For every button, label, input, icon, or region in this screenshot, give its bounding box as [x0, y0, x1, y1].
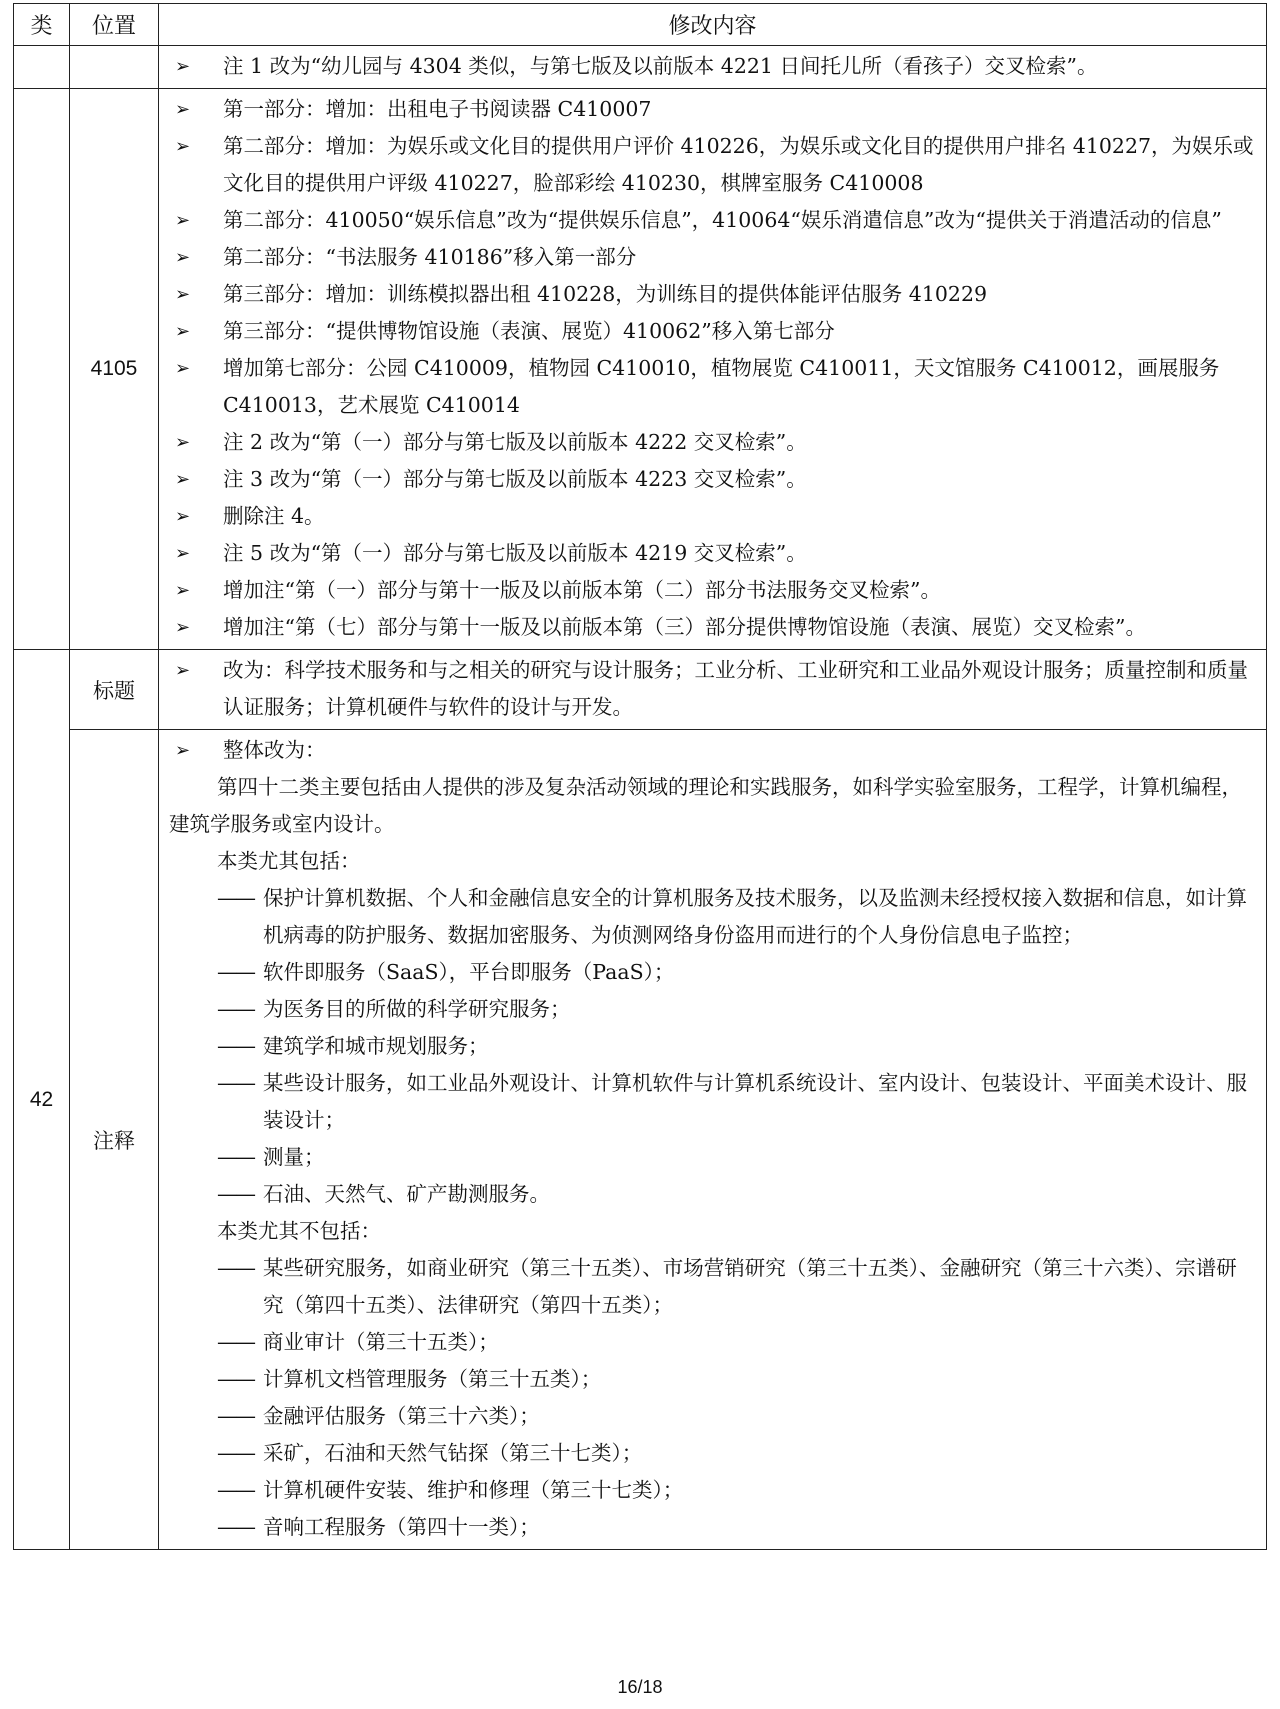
list-item: ➢删除注 4。 [169, 498, 1254, 535]
revision-table: 类 位置 修改内容 ➢注 1 改为“幼儿园与 4304 类似，与第七版及以前版本… [13, 3, 1267, 1550]
dash-item-text: 测量； [263, 1139, 1254, 1176]
header-class: 类 [14, 4, 70, 46]
bullet-text: 增加注“第（七）部分与第十一版及以前版本第（三）部分提供博物馆设施（表演、展览）… [223, 609, 1254, 646]
bullet-arrow-icon: ➢ [169, 609, 223, 646]
dash-marker-icon: —— [217, 1250, 263, 1324]
bullet-text: 注 5 改为“第（一）部分与第七版及以前版本 4219 交叉检索”。 [223, 535, 1254, 572]
list-item: ➢第一部分：增加：出租电子书阅读器 C410007 [169, 91, 1254, 128]
position-cell-notes: 注释 [70, 730, 159, 1550]
bullet-arrow-icon: ➢ [169, 128, 223, 202]
list-item: ——测量； [217, 1139, 1254, 1176]
dash-marker-icon: —— [217, 1139, 263, 1176]
dash-item-text: 石油、天然气、矿产勘测服务。 [263, 1176, 1254, 1213]
table-row-4105: 4105 ➢第一部分：增加：出租电子书阅读器 C410007➢第二部分：增加：为… [14, 89, 1267, 650]
list-item: ——商业审计（第三十五类）； [217, 1324, 1254, 1361]
bullet-text: 第一部分：增加：出租电子书阅读器 C410007 [223, 91, 1254, 128]
page-number: 16/18 [0, 1677, 1280, 1698]
bullet-text: 第二部分：增加：为娱乐或文化目的提供用户评价 410226，为娱乐或文化目的提供… [223, 128, 1254, 202]
table-row-continuation: ➢注 1 改为“幼儿园与 4304 类似，与第七版及以前版本 4221 日间托儿… [14, 46, 1267, 89]
dash-item-text: 软件即服务（SaaS），平台即服务（PaaS）； [263, 954, 1254, 991]
header-position: 位置 [70, 4, 159, 46]
list-item: ➢增加注“第（七）部分与第十一版及以前版本第（三）部分提供博物馆设施（表演、展览… [169, 609, 1254, 646]
list-item: ➢增加第七部分：公园 C410009，植物园 C410010，植物展览 C410… [169, 350, 1254, 424]
dash-item-text: 计算机文档管理服务（第三十五类）； [263, 1361, 1254, 1398]
list-item: ➢第三部分：“提供博物馆设施（表演、展览）410062”移入第七部分 [169, 313, 1254, 350]
bullet-arrow-icon: ➢ [169, 276, 223, 313]
table-row-42-title: 42 标题 ➢改为：科学技术服务和与之相关的研究与设计服务；工业分析、工业研究和… [14, 650, 1267, 730]
list-item: ➢改为：科学技术服务和与之相关的研究与设计服务；工业分析、工业研究和工业品外观设… [169, 652, 1254, 726]
list-item: ——为医务目的所做的科学研究服务； [217, 991, 1254, 1028]
intro-paragraph: 第四十二类主要包括由人提供的涉及复杂活动领域的理论和实践服务，如科学实验室服务，… [169, 769, 1254, 843]
list-item: ➢注 1 改为“幼儿园与 4304 类似，与第七版及以前版本 4221 日间托儿… [169, 48, 1254, 85]
dash-marker-icon: —— [217, 1324, 263, 1361]
bullet-arrow-icon: ➢ [169, 652, 223, 726]
list-item: ——计算机文档管理服务（第三十五类）； [217, 1361, 1254, 1398]
table-header-row: 类 位置 修改内容 [14, 4, 1267, 46]
bullet-arrow-icon: ➢ [169, 313, 223, 350]
position-cell-title: 标题 [70, 650, 159, 730]
bullet-text: 整体改为： [223, 732, 1254, 769]
bullet-text: 增加注“第（一）部分与第十一版及以前版本第（二）部分书法服务交叉检索”。 [223, 572, 1254, 609]
position-cell: 4105 [70, 89, 159, 650]
bullet-text: 注 2 改为“第（一）部分与第七版及以前版本 4222 交叉检索”。 [223, 424, 1254, 461]
bullet-arrow-icon: ➢ [169, 202, 223, 239]
list-item: ——采矿，石油和天然气钻探（第三十七类）； [217, 1435, 1254, 1472]
bullet-text: 注 3 改为“第（一）部分与第七版及以前版本 4223 交叉检索”。 [223, 461, 1254, 498]
list-item: ➢第三部分：增加：训练模拟器出租 410228，为训练目的提供体能评估服务 41… [169, 276, 1254, 313]
dash-item-text: 建筑学和城市规划服务； [263, 1028, 1254, 1065]
list-item: ——保护计算机数据、个人和金融信息安全的计算机服务及技术服务，以及监测未经授权接… [217, 880, 1254, 954]
list-item: ➢增加注“第（一）部分与第十一版及以前版本第（二）部分书法服务交叉检索”。 [169, 572, 1254, 609]
header-changes: 修改内容 [159, 4, 1267, 46]
dash-marker-icon: —— [217, 1435, 263, 1472]
bullet-arrow-icon: ➢ [169, 239, 223, 276]
dash-marker-icon: —— [217, 954, 263, 991]
bullet-arrow-icon: ➢ [169, 498, 223, 535]
bullet-text: 删除注 4。 [223, 498, 1254, 535]
dash-marker-icon: —— [217, 880, 263, 954]
dash-marker-icon: —— [217, 1028, 263, 1065]
bullet-arrow-icon: ➢ [169, 535, 223, 572]
excludes-list: ——某些研究服务，如商业研究（第三十五类）、市场营销研究（第三十五类）、金融研究… [169, 1250, 1254, 1546]
dash-item-text: 音响工程服务（第四十一类）； [263, 1509, 1254, 1546]
document-page: 类 位置 修改内容 ➢注 1 改为“幼儿园与 4304 类似，与第七版及以前版本… [0, 0, 1280, 1709]
list-item: ——某些设计服务，如工业品外观设计、计算机软件与计算机系统设计、室内设计、包装设… [217, 1065, 1254, 1139]
dash-marker-icon: —— [217, 1509, 263, 1546]
dash-item-text: 采矿，石油和天然气钻探（第三十七类）； [263, 1435, 1254, 1472]
bullet-arrow-icon: ➢ [169, 350, 223, 424]
list-item: ——石油、天然气、矿产勘测服务。 [217, 1176, 1254, 1213]
list-item: ➢注 5 改为“第（一）部分与第七版及以前版本 4219 交叉检索”。 [169, 535, 1254, 572]
excludes-label: 本类尤其不包括： [169, 1213, 1254, 1250]
dash-item-text: 金融评估服务（第三十六类）； [263, 1398, 1254, 1435]
list-item: ➢第二部分：增加：为娱乐或文化目的提供用户评价 410226，为娱乐或文化目的提… [169, 128, 1254, 202]
class-cell-42: 42 [14, 650, 70, 1550]
class-cell [14, 46, 70, 89]
bullet-text: 第二部分：410050“娱乐信息”改为“提供娱乐信息”，410064“娱乐消遣信… [223, 202, 1254, 239]
bullet-arrow-icon: ➢ [169, 461, 223, 498]
includes-list: ——保护计算机数据、个人和金融信息安全的计算机服务及技术服务，以及监测未经授权接… [169, 880, 1254, 1213]
bullet-arrow-icon: ➢ [169, 91, 223, 128]
bullet-arrow-icon: ➢ [169, 732, 223, 769]
list-item: ➢第二部分：410050“娱乐信息”改为“提供娱乐信息”，410064“娱乐消遣… [169, 202, 1254, 239]
list-item: ➢注 3 改为“第（一）部分与第七版及以前版本 4223 交叉检索”。 [169, 461, 1254, 498]
list-item: ——建筑学和城市规划服务； [217, 1028, 1254, 1065]
dash-marker-icon: —— [217, 1065, 263, 1139]
dash-marker-icon: —— [217, 1361, 263, 1398]
includes-label: 本类尤其包括： [169, 843, 1254, 880]
dash-marker-icon: —— [217, 991, 263, 1028]
list-item: ——计算机硬件安装、维护和修理（第三十七类）； [217, 1472, 1254, 1509]
changes-cell: ➢注 1 改为“幼儿园与 4304 类似，与第七版及以前版本 4221 日间托儿… [159, 46, 1267, 89]
table-row-42-notes: 注释 ➢ 整体改为： 第四十二类主要包括由人提供的涉及复杂活动领域的理论和实践服… [14, 730, 1267, 1550]
list-item: ——音响工程服务（第四十一类）； [217, 1509, 1254, 1546]
list-item: ——某些研究服务，如商业研究（第三十五类）、市场营销研究（第三十五类）、金融研究… [217, 1250, 1254, 1324]
bullet-arrow-icon: ➢ [169, 48, 223, 85]
bullet-text: 第二部分：“书法服务 410186”移入第一部分 [223, 239, 1254, 276]
dash-item-text: 某些研究服务，如商业研究（第三十五类）、市场营销研究（第三十五类）、金融研究（第… [263, 1250, 1254, 1324]
changes-cell: ➢ 整体改为： 第四十二类主要包括由人提供的涉及复杂活动领域的理论和实践服务，如… [159, 730, 1267, 1550]
bullet-text: 增加第七部分：公园 C410009，植物园 C410010，植物展览 C4100… [223, 350, 1254, 424]
list-item: ——金融评估服务（第三十六类）； [217, 1398, 1254, 1435]
changes-cell: ➢改为：科学技术服务和与之相关的研究与设计服务；工业分析、工业研究和工业品外观设… [159, 650, 1267, 730]
bullet-text: 第三部分：增加：训练模拟器出租 410228，为训练目的提供体能评估服务 410… [223, 276, 1254, 313]
dash-marker-icon: —— [217, 1176, 263, 1213]
list-item: ——软件即服务（SaaS），平台即服务（PaaS）； [217, 954, 1254, 991]
changes-cell: ➢第一部分：增加：出租电子书阅读器 C410007➢第二部分：增加：为娱乐或文化… [159, 89, 1267, 650]
list-item: ➢ 整体改为： [169, 732, 1254, 769]
list-item: ➢注 2 改为“第（一）部分与第七版及以前版本 4222 交叉检索”。 [169, 424, 1254, 461]
dash-marker-icon: —— [217, 1398, 263, 1435]
dash-marker-icon: —— [217, 1472, 263, 1509]
bullet-text: 第三部分：“提供博物馆设施（表演、展览）410062”移入第七部分 [223, 313, 1254, 350]
dash-item-text: 计算机硬件安装、维护和修理（第三十七类）； [263, 1472, 1254, 1509]
bullet-arrow-icon: ➢ [169, 572, 223, 609]
class-cell [14, 89, 70, 650]
position-cell [70, 46, 159, 89]
bullet-text: 改为：科学技术服务和与之相关的研究与设计服务；工业分析、工业研究和工业品外观设计… [223, 652, 1254, 726]
list-item: ➢第二部分：“书法服务 410186”移入第一部分 [169, 239, 1254, 276]
dash-item-text: 为医务目的所做的科学研究服务； [263, 991, 1254, 1028]
dash-item-text: 某些设计服务，如工业品外观设计、计算机软件与计算机系统设计、室内设计、包装设计、… [263, 1065, 1254, 1139]
dash-item-text: 保护计算机数据、个人和金融信息安全的计算机服务及技术服务，以及监测未经授权接入数… [263, 880, 1254, 954]
bullet-arrow-icon: ➢ [169, 424, 223, 461]
dash-item-text: 商业审计（第三十五类）； [263, 1324, 1254, 1361]
bullet-text: 注 1 改为“幼儿园与 4304 类似，与第七版及以前版本 4221 日间托儿所… [223, 48, 1254, 85]
